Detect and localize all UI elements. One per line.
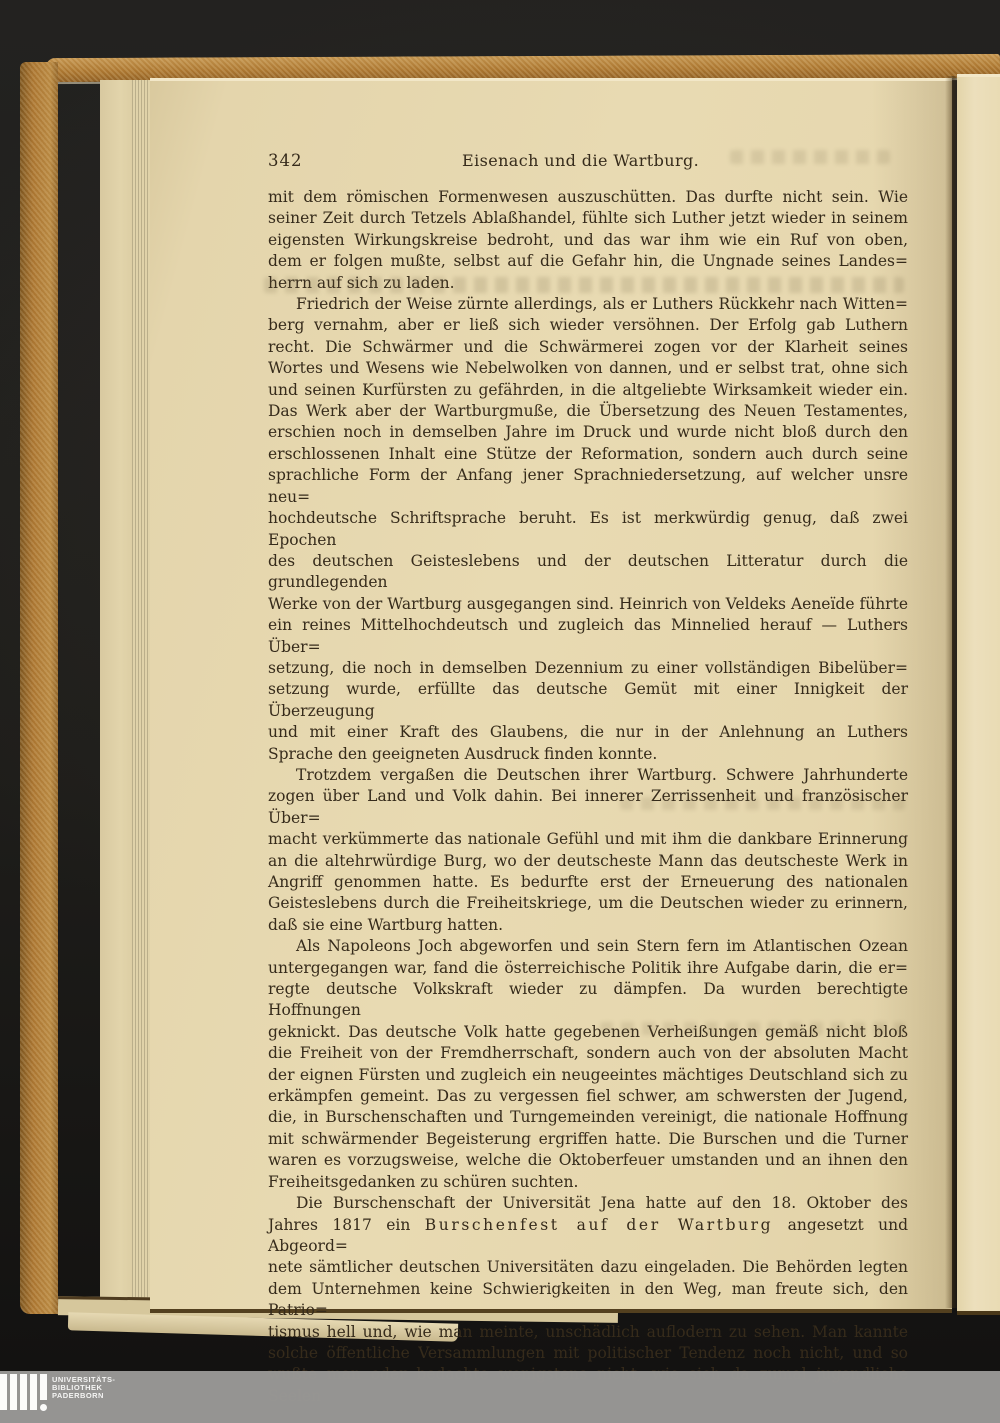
logo-bar — [40, 1374, 47, 1400]
text-line: Die Burschenschaft der Universität Jena … — [268, 1193, 908, 1214]
logo-bar — [10, 1374, 17, 1410]
text-line: erschlossenen Inhalt eine Stütze der Ref… — [268, 444, 908, 465]
running-header: Eisenach und die Wartburg. — [462, 151, 699, 170]
text-line: die, in Burschenschaften und Turngemeind… — [268, 1107, 908, 1128]
text-line: berg vernahm, aber er ließ sich wieder v… — [268, 315, 908, 336]
text-line: setzung wurde, erfüllte das deutsche Gem… — [268, 679, 908, 722]
text-line: solche öffentliche Versammlungen mit pol… — [268, 1343, 908, 1364]
text-line: hochdeutsche Schriftsprache beruht. Es i… — [268, 508, 908, 551]
page-number: 342 — [268, 151, 303, 170]
emphasized-text: Burschenfest auf der Wartburg — [425, 1216, 773, 1234]
text-line: Das Werk aber der Wartburgmuße, die Über… — [268, 401, 908, 422]
text-line: und seinen Kurfürsten zu gefährden, in d… — [268, 380, 908, 401]
text-line: sprachliche Form der Anfang jener Sprach… — [268, 465, 908, 508]
text-line: mit schwärmender Begeisterung ergriffen … — [268, 1129, 908, 1150]
text-line: Jahres 1817 ein Burschenfest auf der War… — [268, 1215, 908, 1258]
text-line: des deutschen Geisteslebens und der deut… — [268, 551, 908, 594]
facing-page-edge — [957, 74, 1000, 1315]
library-name: UNIVERSITÄTS- BIBLIOTHEK PADERBORN — [52, 1376, 115, 1399]
logo-bar — [0, 1374, 7, 1410]
book-page: 342 Eisenach und die Wartburg. mit dem r… — [150, 78, 952, 1313]
show-through-artifact — [730, 150, 890, 164]
text-line: tismus hell und, wie man meinte, unschäd… — [268, 1322, 908, 1343]
text-line: der eignen Fürsten und zugleich ein neug… — [268, 1065, 908, 1086]
text-line: untergegangen war, fand die österreichis… — [268, 958, 908, 979]
text-line: die Freiheit von der Fremdherrschaft, so… — [268, 1043, 908, 1064]
text-line: dem er folgen mußte, selbst auf die Gefa… — [268, 251, 908, 272]
text-line: erschien noch in demselben Jahre im Druc… — [268, 422, 908, 443]
text-line: Angriff genommen hatte. Es bedurfte erst… — [268, 872, 908, 893]
text-line: Geisteslebens durch die Freiheitskriege,… — [268, 893, 908, 914]
text-line: seiner Zeit durch Tetzels Ablaßhandel, f… — [268, 208, 908, 229]
text-line: daß sie eine Wartburg hatten. — [268, 915, 908, 936]
text-line: an die altehrwürdige Burg, wo der deutsc… — [268, 851, 908, 872]
photo-background: 342 Eisenach und die Wartburg. mit dem r… — [0, 0, 1000, 1423]
logo-bar — [20, 1374, 27, 1410]
text-line: Trotzdem vergaßen die Deutschen ihrer Wa… — [268, 765, 908, 786]
text-line: waren es vorzugsweise, welche die Oktobe… — [268, 1150, 908, 1171]
text-line: recht. Die Schwärmer und die Schwärmerei… — [268, 337, 908, 358]
library-name-line: PADERBORN — [52, 1392, 115, 1400]
text-line: Werke von der Wartburg ausgegangen sind.… — [268, 594, 908, 615]
ub-paderborn-logo-icon — [0, 1374, 50, 1420]
logo-bar — [30, 1374, 37, 1410]
page-stack-edges — [58, 76, 102, 1310]
text-line: setzung, die noch in demselben Dezennium… — [268, 658, 908, 679]
text-line: dem Unternehmen keine Schwierigkeiten in… — [268, 1279, 908, 1322]
text-line: Freiheitsgedanken zu schüren suchten. — [268, 1172, 908, 1193]
text-line: nete sämtlicher deutschen Universitäten … — [268, 1257, 908, 1278]
watermark-bar: UNIVERSITÄTS- BIBLIOTHEK PADERBORN — [0, 1371, 1000, 1423]
text-line: macht verkümmerte das nationale Gefühl u… — [268, 829, 908, 850]
text-line: mit dem römischen Formenwesen auszuschüt… — [268, 187, 908, 208]
text-line: regte deutsche Volkskraft wieder zu dämp… — [268, 979, 908, 1022]
text-line: eigensten Wirkungskreise bedroht, und da… — [268, 230, 908, 251]
text-line: Als Napoleons Joch abgeworfen und sein S… — [268, 936, 908, 957]
under-page-edge — [100, 80, 134, 1310]
show-through-artifact — [620, 797, 905, 810]
text-line: Friedrich der Weise zürnte allerdings, a… — [268, 294, 908, 315]
book-cover-left-edge — [20, 62, 58, 1314]
page-stack-edges-inner — [132, 80, 152, 1308]
show-through-artifact — [264, 277, 904, 293]
logo-dot — [40, 1404, 47, 1411]
text-line: Wortes und Wesens wie Nebelwolken von da… — [268, 358, 908, 379]
text-line: und mit einer Kraft des Glaubens, die nu… — [268, 722, 908, 743]
show-through-artifact — [600, 1022, 905, 1035]
text-line: ein reines Mittelhochdeutsch und zugleic… — [268, 615, 908, 658]
text-line: erkämpfen gemeint. Das zu vergessen fiel… — [268, 1086, 908, 1107]
text-line: Sprache den geeigneten Ausdruck finden k… — [268, 744, 908, 765]
